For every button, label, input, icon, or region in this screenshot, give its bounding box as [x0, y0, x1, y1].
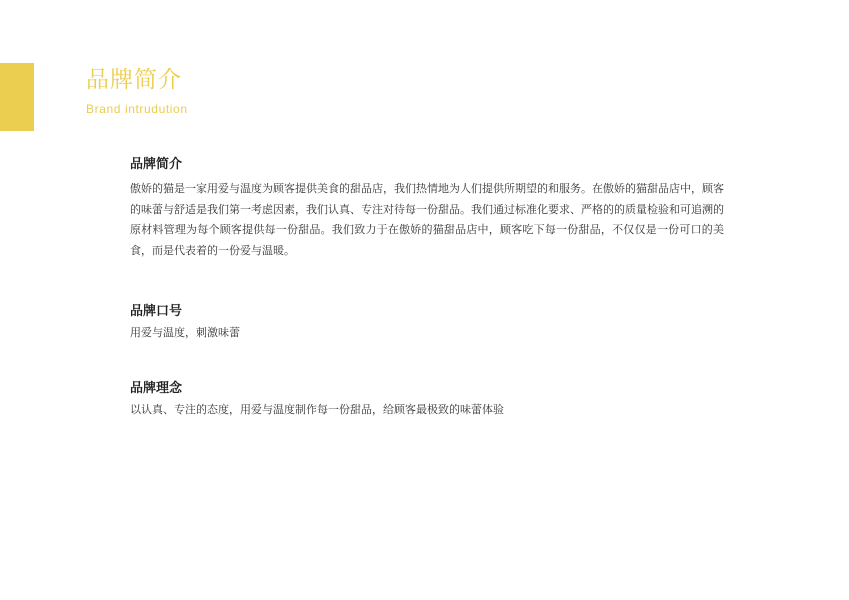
section-brand-intro: 品牌简介 傲娇的猫是一家用爱与温度为顾客提供美食的甜品店，我们热情地为人们提供所… [130, 155, 730, 261]
section-body: 以认真、专注的态度，用爱与温度制作每一份甜品，给顾客最极致的味蕾体验 [130, 400, 730, 421]
page-subtitle: Brand intrudution [86, 102, 188, 116]
section-body: 傲娇的猫是一家用爱与温度为顾客提供美食的甜品店，我们热情地为人们提供所期望的和服… [130, 179, 724, 261]
section-heading: 品牌理念 [130, 379, 730, 399]
section-body: 用爱与温度，刺激味蕾 [130, 323, 730, 344]
section-heading: 品牌简介 [130, 155, 730, 175]
section-brand-philosophy: 品牌理念 以认真、专注的态度，用爱与温度制作每一份甜品，给顾客最极致的味蕾体验 [130, 379, 730, 421]
section-heading: 品牌口号 [130, 302, 730, 322]
page-title: 品牌简介 [86, 64, 182, 96]
section-brand-slogan: 品牌口号 用爱与温度，刺激味蕾 [130, 302, 730, 344]
accent-bar [0, 63, 34, 131]
